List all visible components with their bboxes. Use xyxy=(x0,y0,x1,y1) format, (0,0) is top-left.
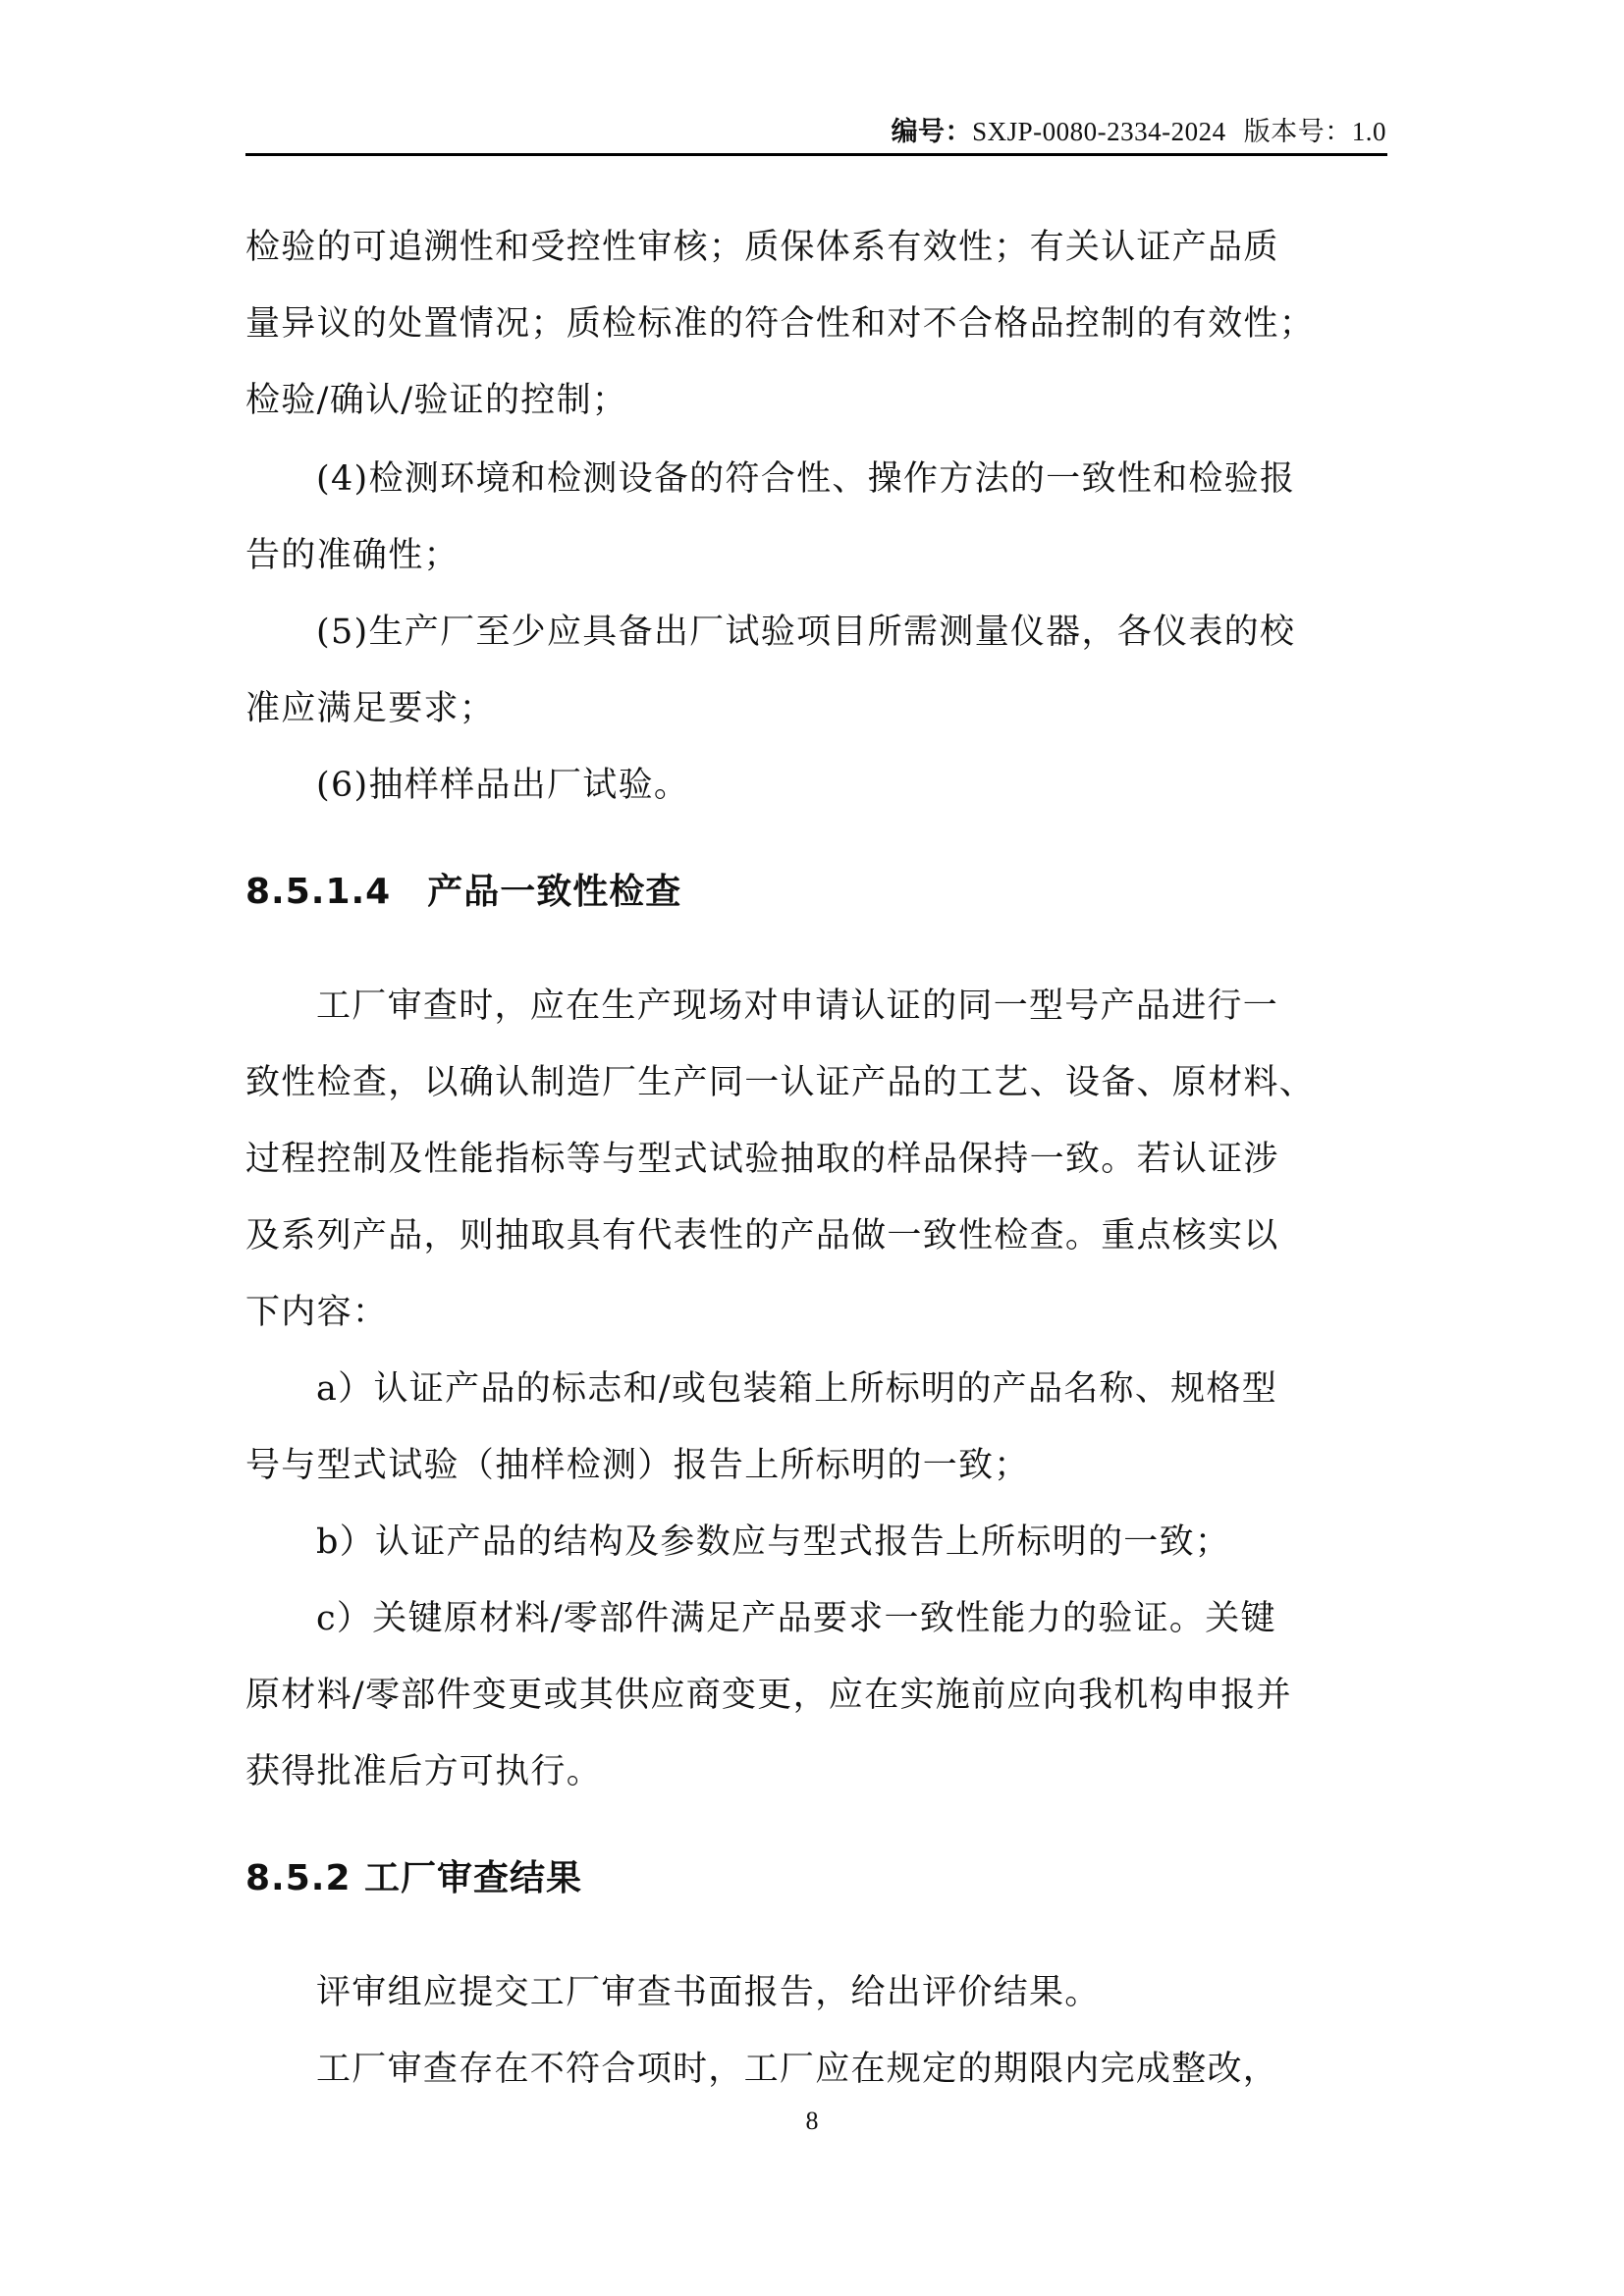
paragraph-line: 下内容： xyxy=(245,1291,1386,1334)
list-item-b: b）认证产品的结构及参数应与型式报告上所标明的一致； xyxy=(316,1521,1386,1564)
text-line: 检验的可追溯性和受控性审核；质保体系有效性；有关认证产品质 xyxy=(245,226,1386,269)
list-item-c-cont: 获得批准后方可执行。 xyxy=(245,1750,1386,1793)
list-item-4: (4)检测环境和检测设备的符合性、操作方法的一致性和检验报 xyxy=(316,457,1386,501)
page-number: 8 xyxy=(0,2107,1624,2136)
version-label: 版本号： xyxy=(1244,117,1352,147)
list-item-a-cont: 号与型式试验（抽样检测）报告上所标明的一致； xyxy=(245,1444,1386,1487)
section-heading-8-5-2: 8.5.2 工厂审查结果 xyxy=(245,1857,582,1900)
paragraph-line: 评审组应提交工厂审查书面报告，给出评价结果。 xyxy=(316,1971,1386,2014)
list-item-c: c）关键原材料/零部件满足产品要求一致性能力的验证。关键 xyxy=(316,1597,1386,1640)
list-item-5: (5)生产厂至少应具备出厂试验项目所需测量仪器，各仪表的校 xyxy=(316,611,1386,654)
doc-number-label: 编号： xyxy=(892,117,973,147)
list-item-c-cont: 原材料/零部件变更或其供应商变更，应在实施前应向我机构申报并 xyxy=(245,1674,1386,1717)
list-item-5-cont: 准应满足要求； xyxy=(245,687,1386,730)
list-item-a: a）认证产品的标志和/或包装箱上所标明的产品名称、规格型 xyxy=(316,1367,1386,1411)
list-item-4-cont: 告的准确性； xyxy=(245,534,1386,577)
version-number: 1.0 xyxy=(1352,117,1386,146)
section-heading-8-5-1-4: 8.5.1.4 产品一致性检查 xyxy=(245,871,681,914)
paragraph-line: 致性检查，以确认制造厂生产同一认证产品的工艺、设备、原材料、 xyxy=(245,1061,1386,1104)
paragraph-line: 工厂审查存在不符合项时，工厂应在规定的期限内完成整改， xyxy=(316,2048,1386,2091)
list-item-6: (6)抽样样品出厂试验。 xyxy=(316,764,1386,807)
doc-number: SXJP-0080-2334-2024 xyxy=(972,117,1226,146)
paragraph-line: 工厂审查时，应在生产现场对申请认证的同一型号产品进行一 xyxy=(316,985,1386,1028)
text-line: 检验/确认/验证的控制； xyxy=(245,379,1386,422)
paragraph-line: 及系列产品，则抽取具有代表性的产品做一致性检查。重点核实以 xyxy=(245,1214,1386,1257)
document-header: 编号：SXJP-0080-2334-2024 版本号：1.0 xyxy=(245,110,1386,148)
paragraph-line: 过程控制及性能指标等与型式试验抽取的样品保持一致。若认证涉 xyxy=(245,1138,1386,1181)
text-line: 量异议的处置情况；质检标准的符合性和对不合格品控制的有效性； xyxy=(245,302,1386,346)
header-rule xyxy=(245,153,1387,156)
